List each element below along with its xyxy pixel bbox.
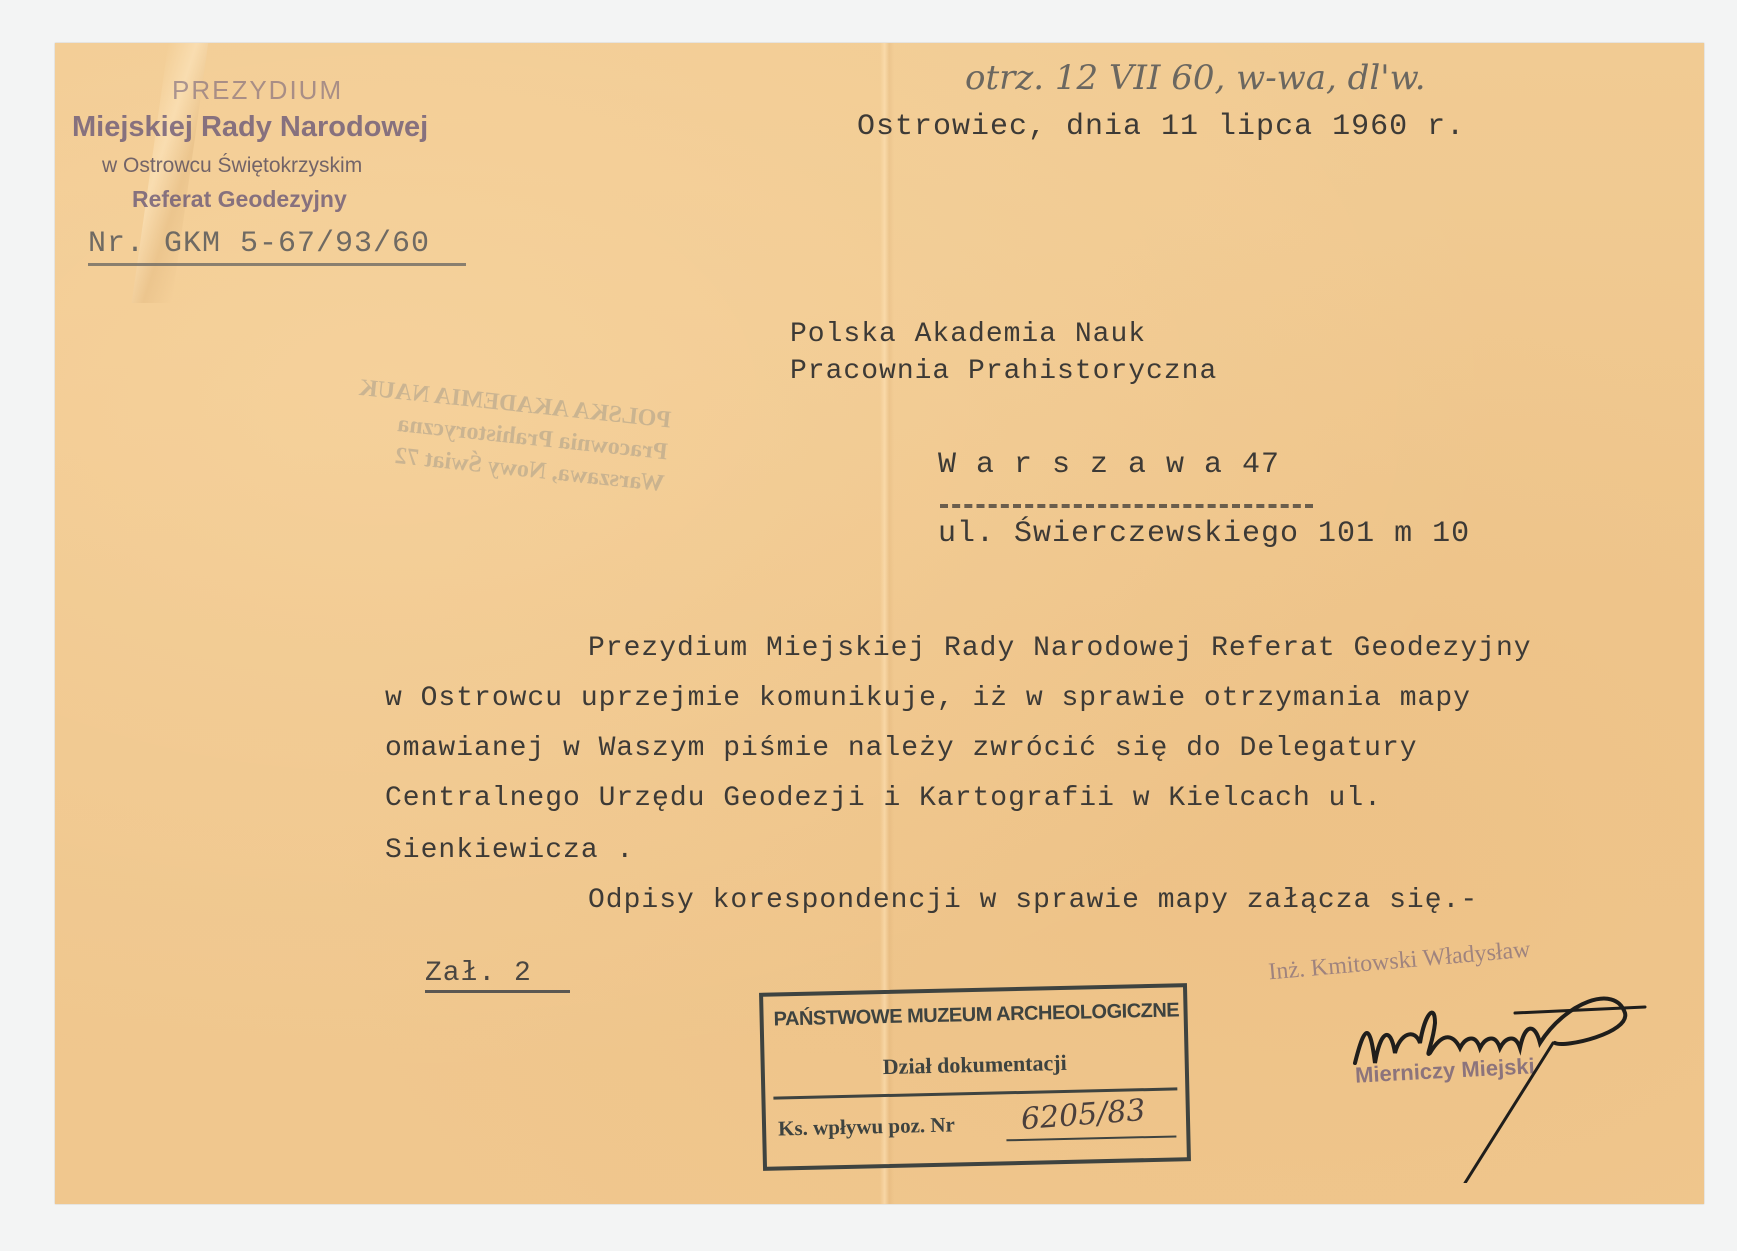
museum-stamp-entry-label: Ks. wpływu poz. Nr — [778, 1112, 955, 1141]
body-line-2: w Ostrowcu uprzejmie komunikuje, iż w sp… — [385, 683, 1471, 714]
attachments-underline — [425, 990, 570, 993]
recipient-street: ul. Świerczewskiego 101 m 10 — [938, 517, 1470, 551]
signatory-name-stamp: Inż. Kmitowski Władysław — [1267, 937, 1531, 987]
museum-stamp-entry-number: 6205/83 — [1020, 1093, 1147, 1137]
recipient-city: W a r s z a w a 47 — [938, 448, 1280, 482]
museum-stamp-title: PAŃSTWOWE MUZEUM ARCHEOLOGICZNE — [773, 999, 1179, 1031]
recipient-line1: Polska Akademia Nauk — [790, 319, 1146, 350]
attachments-note: Zał. 2 — [425, 958, 532, 989]
handwritten-receipt-note: otrz. 12 VII 60, w-wa, dl'w. — [965, 58, 1426, 98]
body-line-4: Centralnego Urzędu Geodezji i Kartografi… — [385, 783, 1382, 814]
office-stamp-line3: w Ostrowcu Świętokrzyskim — [102, 154, 362, 178]
body-line-1: Prezydium Miejskiej Rady Narodowej Refer… — [588, 633, 1532, 664]
office-stamp-line1: PREZYDIUM — [172, 75, 343, 106]
museum-registration-stamp: PAŃSTWOWE MUZEUM ARCHEOLOGICZNE Dział do… — [759, 983, 1191, 1171]
museum-stamp-department: Dział dokumentacji — [764, 1047, 1184, 1083]
handwritten-signature-icon — [1335, 983, 1695, 1183]
recipient-city-underline — [940, 504, 1313, 508]
letter-paper: PREZYDIUM Miejskiej Rady Narodowej w Ost… — [55, 43, 1704, 1204]
reference-underline — [88, 263, 466, 266]
body-line-3: omawianej w Waszym piśmie należy zwrócić… — [385, 733, 1418, 764]
date-line: Ostrowiec, dnia 11 lipca 1960 r. — [857, 110, 1465, 144]
recipient-line2: Pracownia Prahistoryczna — [790, 356, 1217, 387]
office-stamp-line4: Referat Geodezyjny — [132, 186, 347, 213]
office-stamp-line2: Miejskiej Rady Narodowej — [72, 111, 428, 144]
mirrored-stamp-showthrough: POLSKA AKADEMIA NAUK Pracownia Prahistor… — [351, 372, 673, 500]
body-line-6: Odpisy korespondencji w sprawie mapy zał… — [588, 885, 1478, 916]
reference-number: Nr. GKM 5-67/93/60 — [88, 227, 430, 261]
body-line-5: Sienkiewicza . — [385, 835, 634, 866]
